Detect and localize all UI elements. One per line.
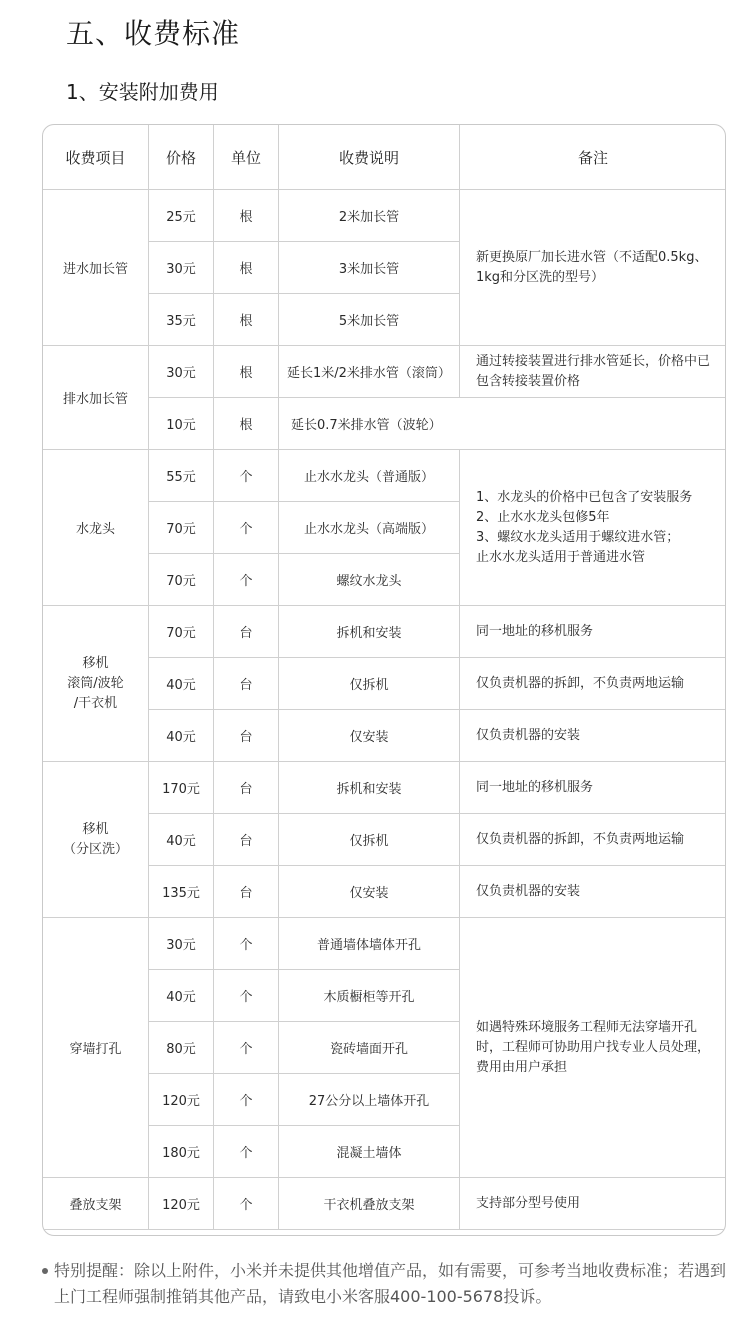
price-cell: 30元 <box>149 242 214 294</box>
desc-cell: 仅安装 <box>279 710 460 762</box>
item-cell: 水龙头 <box>43 450 149 606</box>
subsection-heading: 1、安装附加费用 <box>66 76 219 105</box>
table-row: 进水加长管 25元 根 2米加长管 新更换原厂加长进水管（不适配0.5kg、1k… <box>43 190 727 242</box>
desc-cell: 5米加长管 <box>279 294 460 346</box>
desc-cell: 27公分以上墙体开孔 <box>279 1074 460 1126</box>
note-cell: 支持部分型号使用 <box>460 1178 727 1230</box>
header-unit: 单位 <box>214 125 279 190</box>
unit-cell: 根 <box>214 190 279 242</box>
note-line: 2、止水水龙头包修5年 <box>476 508 716 528</box>
desc-cell: 止水水龙头（高端版） <box>279 502 460 554</box>
table-row: 排水加长管 30元 根 延长1米/2米排水管（滚筒） 通过转接装置进行排水管延长… <box>43 346 727 398</box>
unit-cell: 台 <box>214 762 279 814</box>
unit-cell: 个 <box>214 554 279 606</box>
desc-cell: 3米加长管 <box>279 242 460 294</box>
item-cell: 排水加长管 <box>43 346 149 450</box>
note-cell: 仅负责机器的安装 <box>460 866 727 918</box>
price-cell: 10元 <box>149 398 214 450</box>
price-cell: 80元 <box>149 1022 214 1074</box>
unit-cell: 个 <box>214 1022 279 1074</box>
table-row: 移机 （分区洗） 170元 台 拆机和安装 同一地址的移机服务 <box>43 762 727 814</box>
desc-cell: 仅拆机 <box>279 658 460 710</box>
footer-reminder: 特别提醒：除以上附件，小米并未提供其他增值产品，如有需要，可参考当地收费标准；若… <box>54 1258 734 1310</box>
item-cell: 进水加长管 <box>43 190 149 346</box>
desc-cell: 仅拆机 <box>279 814 460 866</box>
note-cell: 仅负责机器的拆卸，不负责两地运输 <box>460 658 727 710</box>
unit-cell: 台 <box>214 606 279 658</box>
desc-cell: 普通墙体墙体开孔 <box>279 918 460 970</box>
note-cell: 如遇特殊环境服务工程师无法穿墙开孔时，工程师可协助用户找专业人员处理，费用由用户… <box>460 918 727 1178</box>
unit-cell: 个 <box>214 450 279 502</box>
note-cell: 同一地址的移机服务 <box>460 762 727 814</box>
fee-table: 收费项目 价格 单位 收费说明 备注 进水加长管 25元 根 2米加长管 新更换… <box>42 124 726 1236</box>
price-cell: 35元 <box>149 294 214 346</box>
price-cell: 40元 <box>149 970 214 1022</box>
unit-cell: 根 <box>214 242 279 294</box>
desc-cell: 仅安装 <box>279 866 460 918</box>
item-line: /干衣机 <box>43 694 148 714</box>
desc-cell: 延长0.7米排水管（波轮） <box>279 398 727 450</box>
price-cell: 40元 <box>149 710 214 762</box>
price-cell: 55元 <box>149 450 214 502</box>
header-price: 价格 <box>149 125 214 190</box>
table-row: 水龙头 55元 个 止水水龙头（普通版） 1、水龙头的价格中已包含了安装服务 2… <box>43 450 727 502</box>
note-cell: 仅负责机器的拆卸，不负责两地运输 <box>460 814 727 866</box>
price-cell: 30元 <box>149 918 214 970</box>
desc-cell: 瓷砖墙面开孔 <box>279 1022 460 1074</box>
desc-cell: 延长1米/2米排水管（滚筒） <box>279 346 460 398</box>
unit-cell: 根 <box>214 346 279 398</box>
unit-cell: 个 <box>214 1074 279 1126</box>
price-cell: 120元 <box>149 1074 214 1126</box>
unit-cell: 台 <box>214 658 279 710</box>
price-cell: 135元 <box>149 866 214 918</box>
note-line: 止水水龙头适用于普通进水管 <box>476 548 716 568</box>
item-cell: 移机 滚筒/波轮 /干衣机 <box>43 606 149 762</box>
note-cell: 通过转接装置进行排水管延长，价格中已包含转接装置价格 <box>460 346 727 398</box>
price-cell: 120元 <box>149 1178 214 1230</box>
item-line: 滚筒/波轮 <box>43 674 148 694</box>
desc-cell: 2米加长管 <box>279 190 460 242</box>
item-line: 移机 <box>43 654 148 674</box>
item-line: （分区洗） <box>43 840 148 860</box>
unit-cell: 根 <box>214 398 279 450</box>
desc-cell: 螺纹水龙头 <box>279 554 460 606</box>
note-line: 3、螺纹水龙头适用于螺纹进水管； <box>476 528 716 548</box>
note-cell: 新更换原厂加长进水管（不适配0.5kg、1kg和分区洗的型号） <box>460 190 727 346</box>
desc-cell: 拆机和安装 <box>279 606 460 658</box>
item-cell: 叠放支架 <box>43 1178 149 1230</box>
item-line: 移机 <box>43 820 148 840</box>
note-cell: 仅负责机器的安装 <box>460 710 727 762</box>
unit-cell: 个 <box>214 970 279 1022</box>
price-cell: 70元 <box>149 502 214 554</box>
desc-cell: 木质橱柜等开孔 <box>279 970 460 1022</box>
desc-cell: 拆机和安装 <box>279 762 460 814</box>
unit-cell: 个 <box>214 918 279 970</box>
unit-cell: 根 <box>214 294 279 346</box>
price-cell: 30元 <box>149 346 214 398</box>
header-desc: 收费说明 <box>279 125 460 190</box>
price-cell: 70元 <box>149 606 214 658</box>
table-row: 叠放支架 120元 个 干衣机叠放支架 支持部分型号使用 <box>43 1178 727 1230</box>
price-cell: 180元 <box>149 1126 214 1178</box>
note-cell: 1、水龙头的价格中已包含了安装服务 2、止水水龙头包修5年 3、螺纹水龙头适用于… <box>460 450 727 606</box>
unit-cell: 台 <box>214 814 279 866</box>
note-cell: 同一地址的移机服务 <box>460 606 727 658</box>
desc-cell: 干衣机叠放支架 <box>279 1178 460 1230</box>
header-note: 备注 <box>460 125 727 190</box>
note-line: 1、水龙头的价格中已包含了安装服务 <box>476 488 716 508</box>
unit-cell: 个 <box>214 1126 279 1178</box>
section-heading: 五、收费标准 <box>66 12 240 52</box>
desc-cell: 混凝土墙体 <box>279 1126 460 1178</box>
footer-text: 特别提醒：除以上附件，小米并未提供其他增值产品，如有需要，可参考当地收费标准；若… <box>54 1261 726 1306</box>
desc-cell: 止水水龙头（普通版） <box>279 450 460 502</box>
table-header-row: 收费项目 价格 单位 收费说明 备注 <box>43 125 727 190</box>
price-cell: 170元 <box>149 762 214 814</box>
table-row: 穿墙打孔 30元 个 普通墙体墙体开孔 如遇特殊环境服务工程师无法穿墙开孔时，工… <box>43 918 727 970</box>
price-cell: 40元 <box>149 658 214 710</box>
unit-cell: 台 <box>214 710 279 762</box>
unit-cell: 个 <box>214 502 279 554</box>
price-cell: 70元 <box>149 554 214 606</box>
header-item: 收费项目 <box>43 125 149 190</box>
price-cell: 40元 <box>149 814 214 866</box>
table-row: 移机 滚筒/波轮 /干衣机 70元 台 拆机和安装 同一地址的移机服务 <box>43 606 727 658</box>
unit-cell: 个 <box>214 1178 279 1230</box>
price-cell: 25元 <box>149 190 214 242</box>
unit-cell: 台 <box>214 866 279 918</box>
item-cell: 穿墙打孔 <box>43 918 149 1178</box>
bullet-icon <box>42 1268 48 1274</box>
item-cell: 移机 （分区洗） <box>43 762 149 918</box>
